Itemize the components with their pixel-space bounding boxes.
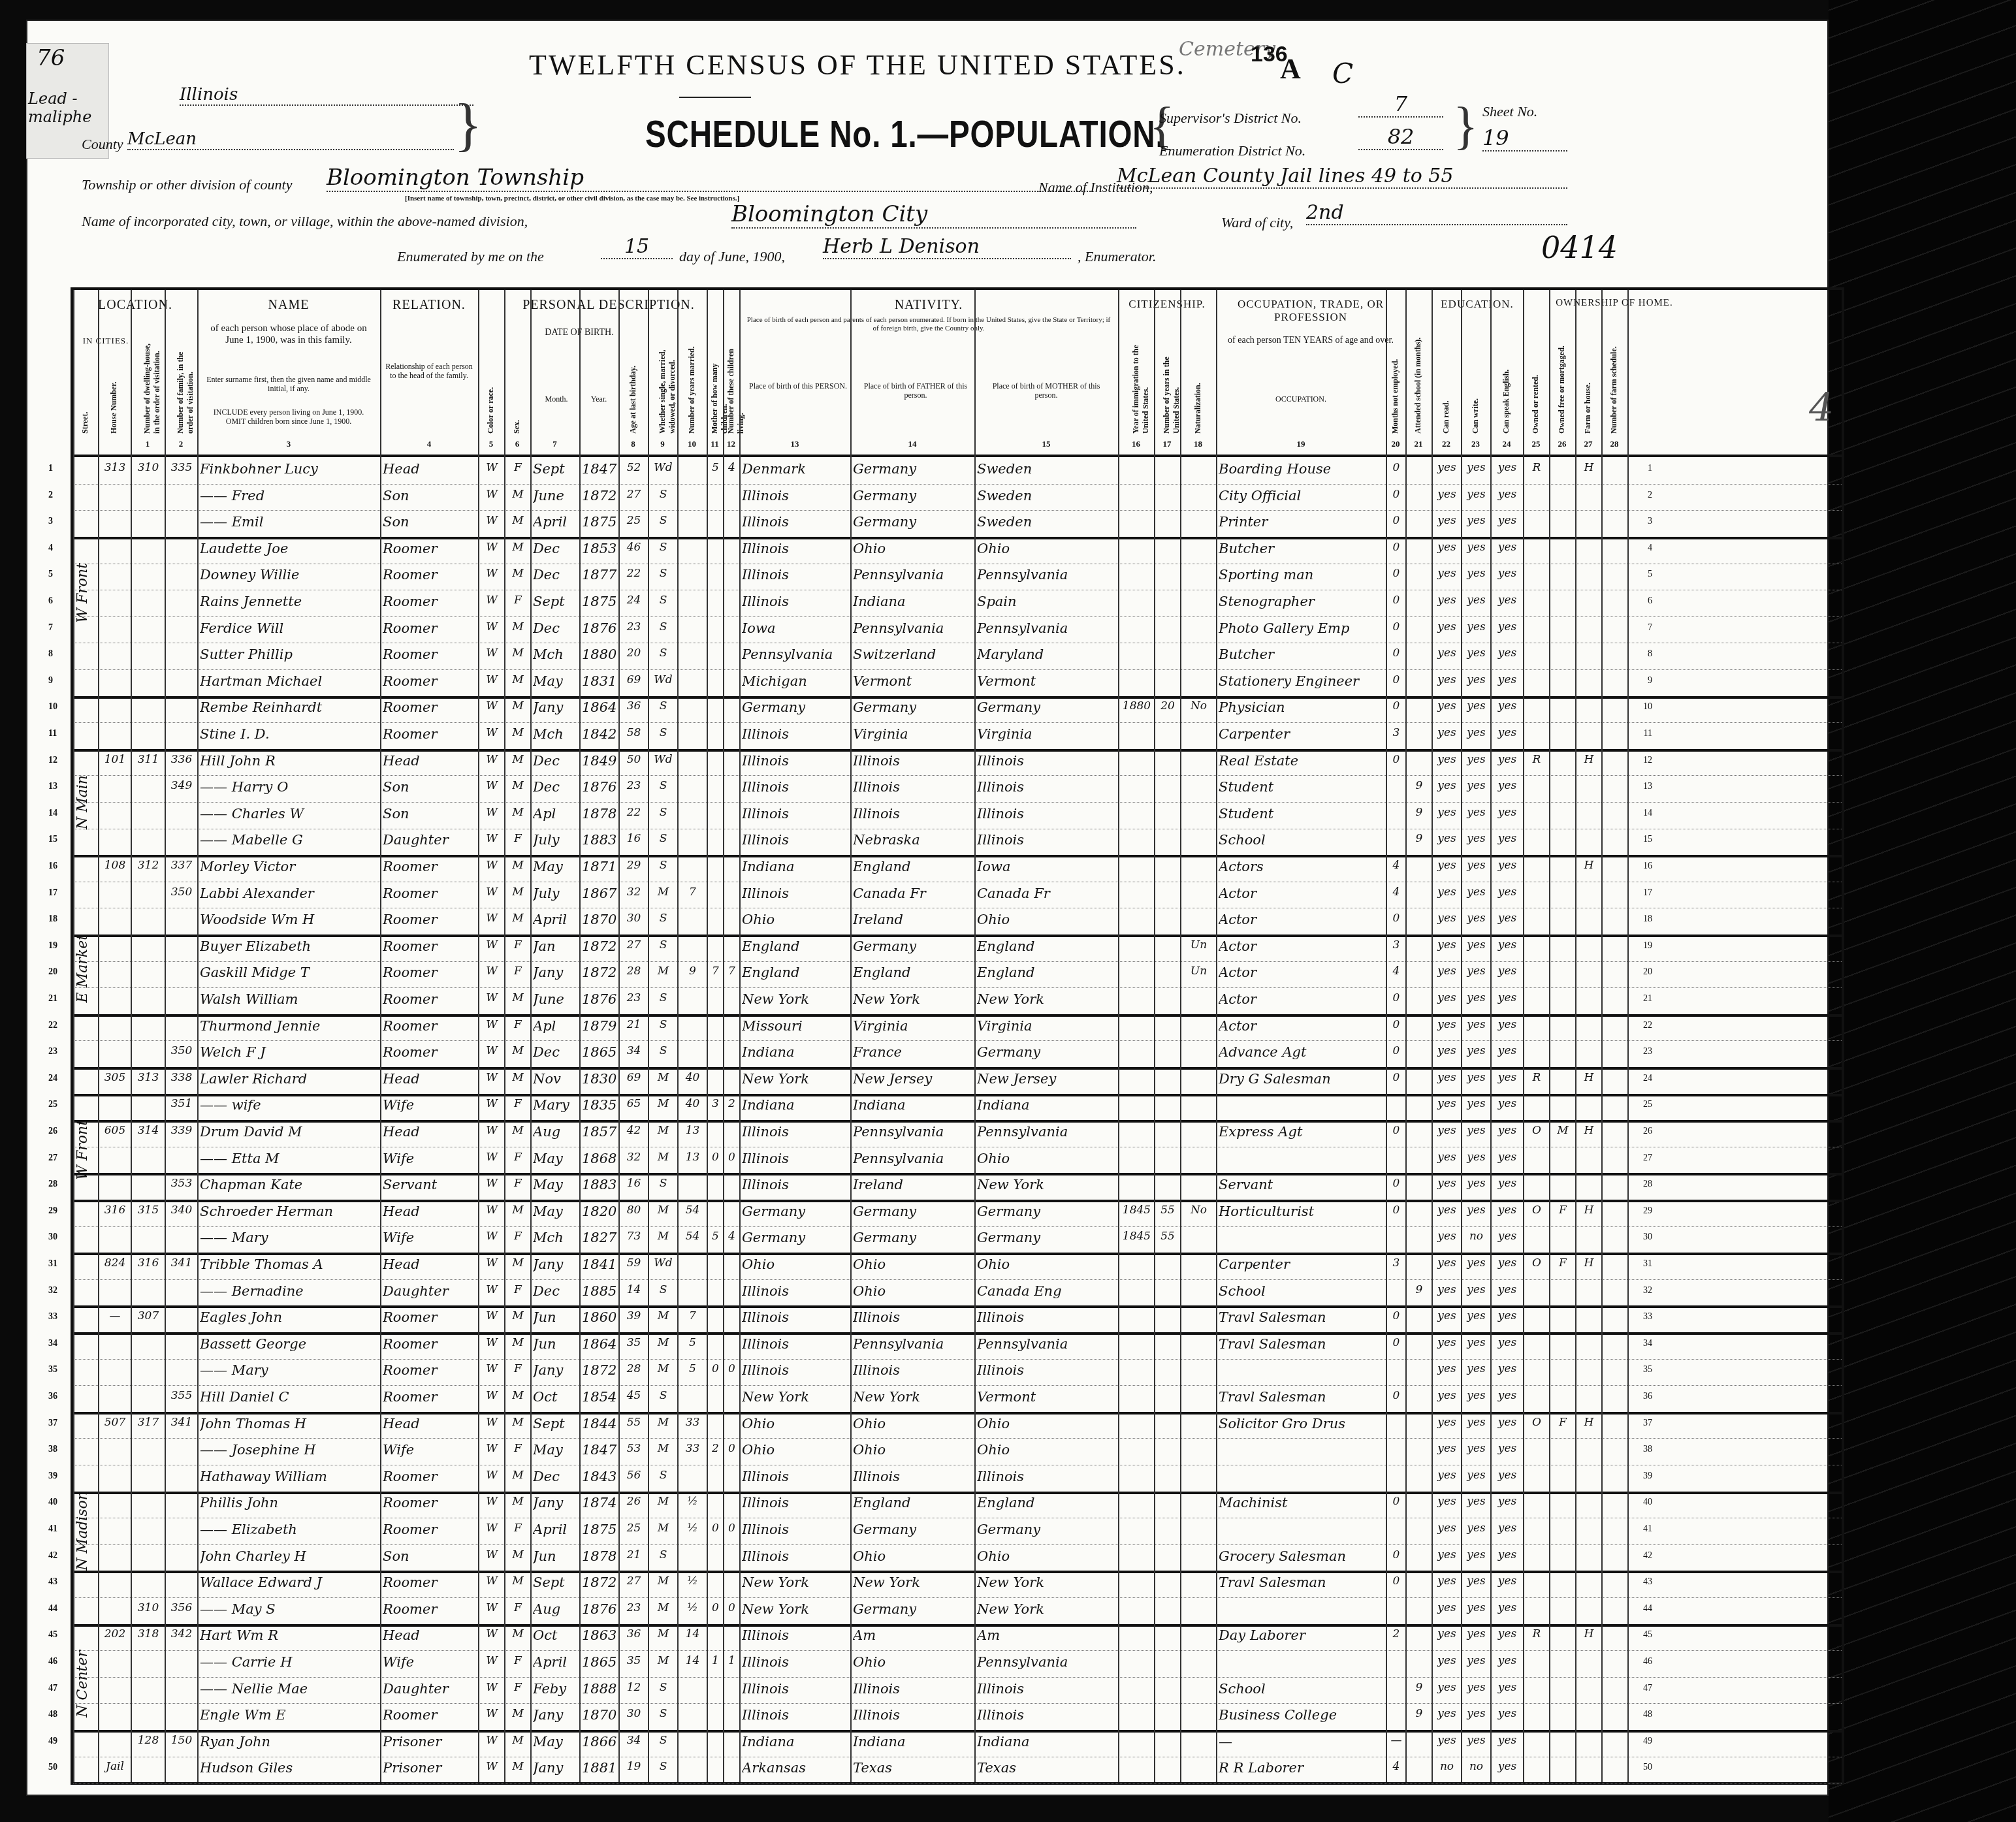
cell-bp-mother: New York	[977, 1601, 1117, 1617]
cell-marital: M	[650, 1416, 676, 1429]
cell-living: 0	[726, 1522, 738, 1535]
cell-month: April	[533, 1522, 578, 1537]
cell-sex: M	[507, 1071, 529, 1084]
header-birth-person: Place of birth of this PERSON.	[746, 381, 850, 391]
cell-bp-father: England	[853, 965, 973, 980]
cell-bp-father: Illinois	[853, 779, 973, 795]
cell-english: yes	[1493, 1071, 1522, 1084]
line-number: 44	[48, 1604, 57, 1614]
column-number: 23	[1461, 439, 1490, 449]
cell-unemp: 0	[1388, 699, 1404, 712]
cell-english: yes	[1493, 1151, 1522, 1164]
cell-family: 355	[167, 1389, 196, 1402]
cell-bp-mother: Illinois	[977, 1681, 1117, 1697]
cell-unemp: 4	[1388, 965, 1404, 978]
cell-occupation: Photo Gallery Emp	[1219, 620, 1384, 636]
cell-name: —— Nellie Mae	[200, 1681, 379, 1697]
cell-family: 337	[167, 859, 196, 872]
cell-dwelling: 310	[133, 1601, 163, 1614]
column-number: 14	[850, 439, 974, 449]
cell-english: yes	[1493, 832, 1522, 845]
column-rule	[850, 290, 852, 1782]
cell-marital: S	[650, 514, 676, 527]
cell-color: W	[481, 1151, 503, 1164]
cell-bp: Illinois	[742, 1707, 849, 1723]
column-rule	[1490, 290, 1492, 1782]
cell-color: W	[481, 779, 503, 792]
header-education: EDUCATION.	[1405, 298, 1549, 311]
cell-color: W	[481, 1707, 503, 1720]
cell-read: yes	[1434, 938, 1460, 951]
cell-month: May	[533, 1204, 578, 1219]
cell-family: 336	[167, 753, 196, 766]
cell-color: W	[481, 1548, 503, 1561]
cell-relation: Roomer	[383, 594, 477, 609]
cell-read: no	[1434, 1760, 1460, 1773]
cell-write: yes	[1464, 1151, 1489, 1164]
cell-marital: S	[650, 859, 676, 872]
cell-bp: Michigan	[742, 673, 849, 689]
header-unemp: Months not employed.	[1390, 336, 1400, 434]
line-number-right: 14	[1643, 808, 1652, 819]
column-rule	[131, 290, 132, 1782]
column-rule	[648, 290, 649, 1782]
document-title: TWELFTH CENSUS OF THE UNITED STATES.	[529, 48, 1186, 82]
cell-color: W	[481, 726, 503, 739]
cell-name: —— wife	[200, 1097, 379, 1113]
cell-sex: M	[507, 1574, 529, 1588]
cell-marital: S	[650, 1734, 676, 1747]
line-number: 20	[48, 967, 57, 978]
cell-bp: Illinois	[742, 806, 849, 822]
cell-write: yes	[1464, 1362, 1489, 1375]
cell-bp: Ohio	[742, 912, 849, 927]
census-sheet: 76 Lead - maliphe TWELFTH CENSUS OF THE …	[26, 20, 1829, 1796]
cell-month: May	[533, 1177, 578, 1192]
cell-relation: Wife	[383, 1151, 477, 1166]
cell-name: Eagles John	[200, 1309, 379, 1325]
cell-write: no	[1464, 1230, 1489, 1243]
cell-relation: Roomer	[383, 541, 477, 556]
cell-year: 1842	[582, 726, 617, 742]
cell-bp-father: France	[853, 1044, 973, 1060]
cell-family: 351	[167, 1097, 196, 1110]
cell-age: 42	[621, 1124, 647, 1137]
header-month: Month.	[534, 394, 579, 404]
cell-relation: Son	[383, 806, 477, 822]
cell-marital: S	[650, 832, 676, 845]
cell-bp-mother: Germany	[977, 1044, 1117, 1060]
header-year: Year.	[579, 394, 618, 404]
cell-bp-father: Texas	[853, 1760, 973, 1776]
cell-age: 53	[621, 1442, 647, 1455]
cell-relation: Daughter	[383, 1283, 477, 1299]
cell-marital: M	[650, 1230, 676, 1243]
cell-family: 339	[167, 1124, 196, 1137]
cell-occupation: R R Laborer	[1219, 1760, 1384, 1776]
cell-month: Aug	[533, 1124, 578, 1140]
cell-yrs-married: 7	[680, 1309, 705, 1322]
cell-marital: M	[650, 1309, 676, 1322]
column-number: 2	[165, 439, 197, 449]
cell-year: 1879	[582, 1018, 617, 1034]
line-number-right: 46	[1643, 1657, 1652, 1667]
supervisor-label: Supervisor's District No.	[1159, 110, 1302, 127]
cell-unemp: 0	[1388, 912, 1404, 925]
cell-bp-mother: Ohio	[977, 1442, 1117, 1458]
cell-bp-father: Pennsylvania	[853, 1336, 973, 1352]
cell-occupation: School	[1219, 1283, 1384, 1299]
cell-bp-father: Switzerland	[853, 647, 973, 662]
cell-age: 20	[621, 647, 647, 660]
township-label: Township or other division of county	[82, 176, 292, 193]
cell-color: W	[481, 1071, 503, 1084]
cell-yrs-married: 40	[680, 1071, 705, 1084]
cell-age: 29	[621, 859, 647, 872]
cell-english: yes	[1493, 1707, 1522, 1720]
cell-yrs-married: 14	[680, 1627, 705, 1640]
cell-bp-mother: Germany	[977, 1230, 1117, 1245]
cell-school: 9	[1408, 832, 1430, 845]
cell-year: 1875	[582, 514, 617, 530]
street-margin-note: N Main	[74, 775, 91, 829]
cell-year: 1820	[582, 1204, 617, 1219]
cell-mort: F	[1552, 1204, 1574, 1217]
cell-color: W	[481, 806, 503, 819]
cell-bp: Germany	[742, 699, 849, 715]
cell-unemp: 0	[1388, 1495, 1404, 1508]
cell-color: W	[481, 1204, 503, 1217]
cell-bp: Illinois	[742, 1177, 849, 1192]
cell-marital: Wd	[650, 1256, 676, 1270]
line-number: 23	[48, 1047, 57, 1057]
cell-sex: M	[507, 647, 529, 660]
cell-marital: S	[650, 1283, 676, 1296]
cell-english: yes	[1493, 567, 1522, 580]
cell-relation: Roomer	[383, 1044, 477, 1060]
cell-family: 350	[167, 886, 196, 899]
cell-write: yes	[1464, 1654, 1489, 1667]
cell-read: yes	[1434, 514, 1460, 527]
cell-unemp: 0	[1388, 1389, 1404, 1402]
township-instruction: [Insert name of township, town, precinct…	[405, 195, 739, 202]
cell-year: 1860	[582, 1309, 617, 1325]
cell-marital: S	[650, 488, 676, 501]
column-number: 6	[504, 439, 530, 449]
column-number: 13	[739, 439, 850, 449]
column-rule	[1627, 290, 1629, 1782]
cell-occupation: Advance Agt	[1219, 1044, 1384, 1060]
cell-bp: Illinois	[742, 541, 849, 556]
header-living: Number of these children living.	[726, 336, 746, 434]
cell-write: yes	[1464, 1442, 1489, 1455]
cell-name: Hartman Michael	[200, 673, 379, 689]
cell-age: 55	[621, 1416, 647, 1429]
cell-english: yes	[1493, 1416, 1522, 1429]
line-number: 29	[48, 1206, 57, 1217]
cell-read: yes	[1434, 1204, 1460, 1217]
cell-age: 23	[621, 779, 647, 792]
cell-sex: M	[507, 991, 529, 1004]
cell-name: —— Charles W	[200, 806, 379, 822]
cell-english: yes	[1493, 1654, 1522, 1667]
cell-yrs-married: ½	[680, 1522, 705, 1535]
line-number-right: 15	[1643, 835, 1652, 845]
cell-age: 36	[621, 699, 647, 712]
cell-marital: S	[650, 594, 676, 607]
cell-age: 45	[621, 1389, 647, 1402]
cell-unemp: 0	[1388, 647, 1404, 660]
cell-month: Jany	[533, 1256, 578, 1272]
column-number: 16	[1118, 439, 1154, 449]
cell-bp-father: Germany	[853, 514, 973, 530]
cell-yrs-married: ½	[680, 1495, 705, 1508]
line-number-right: 34	[1643, 1339, 1652, 1349]
line-number-right: 32	[1643, 1286, 1652, 1296]
state-value: Illinois	[180, 85, 473, 106]
cell-sex: M	[507, 912, 529, 925]
cell-color: W	[481, 1362, 503, 1375]
cell-read: yes	[1434, 699, 1460, 712]
cell-family: 341	[167, 1256, 196, 1270]
cell-bp-mother: Maryland	[977, 647, 1117, 662]
cell-color: W	[481, 567, 503, 580]
cell-own: O	[1526, 1256, 1548, 1270]
cell-unemp: 3	[1388, 1256, 1404, 1270]
cell-marital: S	[650, 1681, 676, 1694]
line-number-right: 41	[1643, 1524, 1652, 1535]
cell-yrs-married: 13	[680, 1124, 705, 1137]
column-number: 27	[1575, 439, 1601, 449]
cell-bp-mother: Am	[977, 1627, 1117, 1643]
cell-bp-mother: Sweden	[977, 514, 1117, 530]
cell-relation: Wife	[383, 1230, 477, 1245]
cell-month: April	[533, 1654, 578, 1670]
township-value: Bloomington Township	[327, 165, 1091, 192]
cell-family: 349	[167, 779, 196, 792]
line-number: 11	[48, 729, 57, 739]
cell-english: yes	[1493, 912, 1522, 925]
cell-name: Morley Victor	[200, 859, 379, 874]
cell-relation: Roomer	[383, 938, 477, 954]
cell-read: yes	[1434, 567, 1460, 580]
cell-write: yes	[1464, 1416, 1489, 1429]
cell-mother-of: 0	[709, 1362, 722, 1375]
header-yrs_married: Number of years married.	[687, 336, 697, 434]
cell-year: 1866	[582, 1734, 617, 1750]
line-number-right: 16	[1643, 861, 1652, 872]
cell-age: 30	[621, 1707, 647, 1720]
county-label: County	[82, 136, 123, 153]
cell-write: yes	[1464, 1707, 1489, 1720]
cell-english: yes	[1493, 1389, 1522, 1402]
cell-color: W	[481, 699, 503, 712]
cell-read: yes	[1434, 1124, 1460, 1137]
column-number: 5	[478, 439, 504, 449]
column-number: 12	[723, 439, 739, 449]
cell-bp-father: England	[853, 1495, 973, 1510]
cell-name: —— Mabelle G	[200, 832, 379, 848]
cell-read: yes	[1434, 1522, 1460, 1535]
cell-read: yes	[1434, 726, 1460, 739]
header-occupation-desc: of each person TEN YEARS of age and over…	[1223, 336, 1399, 347]
line-number-right: 8	[1648, 649, 1652, 660]
cell-english: yes	[1493, 1495, 1522, 1508]
line-number: 35	[48, 1365, 57, 1375]
cell-english: yes	[1493, 1601, 1522, 1614]
cell-occupation: Carpenter	[1219, 1256, 1384, 1272]
cell-bp: Illinois	[742, 1627, 849, 1643]
cell-year: 1868	[582, 1151, 617, 1166]
cell-age: 26	[621, 1495, 647, 1508]
line-number: 28	[48, 1179, 57, 1190]
cell-sex: F	[507, 1362, 529, 1375]
cell-bp-mother: Ohio	[977, 1548, 1117, 1564]
cell-sex: F	[507, 461, 529, 474]
column-number: 1	[131, 439, 165, 449]
cell-sex: M	[507, 726, 529, 739]
line-number: 16	[48, 861, 57, 872]
cell-sex: F	[507, 1151, 529, 1164]
cell-name: Rains Jennette	[200, 594, 379, 609]
cell-month: Dec	[533, 620, 578, 636]
cell-relation: Head	[383, 1256, 477, 1272]
cell-mother-of: 1	[709, 1654, 722, 1667]
cell-unemp: —	[1388, 1734, 1404, 1747]
cell-occupation: Actor	[1219, 938, 1384, 954]
column-number: 7	[530, 439, 579, 449]
cell-bp-mother: Virginia	[977, 726, 1117, 742]
cell-year: 1847	[582, 461, 617, 477]
column-number: 17	[1154, 439, 1180, 449]
cell-unemp: 0	[1388, 1204, 1404, 1217]
line-number: 46	[48, 1657, 57, 1667]
cell-house: 313	[101, 461, 129, 474]
cell-bp-mother: Pennsylvania	[977, 620, 1117, 636]
column-rule	[1461, 290, 1462, 1782]
cell-bp-mother: Germany	[977, 1204, 1117, 1219]
cell-bp-father: Illinois	[853, 1309, 973, 1325]
cell-sex: F	[507, 594, 529, 607]
cell-bp-mother: Iowa	[977, 859, 1117, 874]
cell-english: yes	[1493, 647, 1522, 660]
cell-age: 27	[621, 488, 647, 501]
cell-house: 202	[101, 1627, 129, 1640]
cell-bp-father: Ireland	[853, 912, 973, 927]
cell-month: Jun	[533, 1309, 578, 1325]
header-street: Street.	[80, 336, 90, 434]
cell-color: W	[481, 1336, 503, 1349]
cell-sex: M	[507, 1416, 529, 1429]
cell-write: yes	[1464, 1469, 1489, 1482]
cell-name: Hudson Giles	[200, 1760, 379, 1776]
line-number-right: 23	[1643, 1047, 1652, 1057]
cell-dwelling: 314	[133, 1124, 163, 1137]
cell-write: yes	[1464, 541, 1489, 554]
header-family: Number of family, in the order of visita…	[176, 336, 195, 434]
cell-relation: Roomer	[383, 965, 477, 980]
cell-relation: Roomer	[383, 1389, 477, 1405]
cell-bp-mother: Illinois	[977, 753, 1117, 769]
cell-age: 25	[621, 514, 647, 527]
column-rule	[1118, 290, 1119, 1782]
cell-color: W	[481, 1627, 503, 1640]
cell-relation: Roomer	[383, 567, 477, 583]
cell-write: yes	[1464, 620, 1489, 633]
line-number: 48	[48, 1710, 57, 1720]
cell-marital: S	[650, 699, 676, 712]
cell-write: yes	[1464, 779, 1489, 792]
line-number-right: 35	[1643, 1365, 1652, 1375]
cell-bp: Illinois	[742, 1469, 849, 1484]
cell-unemp: 0	[1388, 1548, 1404, 1561]
cell-school: 9	[1408, 779, 1430, 792]
cell-mort: F	[1552, 1256, 1574, 1270]
column-rule	[723, 290, 724, 1782]
header-name-instruction-1: Enter surname first, then the given name…	[204, 375, 374, 394]
cell-age: 24	[621, 594, 647, 607]
cell-month: April	[533, 514, 578, 530]
cell-month: June	[533, 991, 578, 1007]
cell-year: 1881	[582, 1760, 617, 1776]
sheet-value: 19	[1482, 125, 1567, 152]
cell-name: Wallace Edward J	[200, 1574, 379, 1590]
cell-read: yes	[1434, 912, 1460, 925]
header-own: Owned or rented.	[1531, 336, 1541, 434]
cell-month: Sept	[533, 1574, 578, 1590]
cell-age: 65	[621, 1097, 647, 1110]
cell-relation: Wife	[383, 1654, 477, 1670]
cell-month: Mary	[533, 1097, 578, 1113]
cell-unemp: 0	[1388, 1177, 1404, 1190]
cell-year: 1885	[582, 1283, 617, 1299]
cell-bp: Illinois	[742, 726, 849, 742]
header-immig: Year of immigration to the United States…	[1131, 336, 1151, 434]
cell-bp: Iowa	[742, 620, 849, 636]
cell-marital: M	[650, 1362, 676, 1375]
cell-living: 1	[726, 1654, 738, 1667]
cell-write: yes	[1464, 1601, 1489, 1614]
cell-mother-of: 0	[709, 1151, 722, 1164]
line-number: 5	[48, 569, 53, 580]
cell-write: yes	[1464, 1256, 1489, 1270]
cell-bp-father: Am	[853, 1627, 973, 1643]
line-number-right: 33	[1643, 1312, 1652, 1322]
cell-month: Dec	[533, 1283, 578, 1299]
cell-year: 1883	[582, 832, 617, 848]
cell-relation: Roomer	[383, 1707, 477, 1723]
cell-bp-mother: Illinois	[977, 1469, 1117, 1484]
cell-dwelling: 313	[133, 1071, 163, 1084]
line-number-right: 40	[1643, 1497, 1652, 1508]
cell-bp: Illinois	[742, 1151, 849, 1166]
line-number: 50	[48, 1763, 57, 1773]
line-number: 10	[48, 702, 57, 712]
cell-own: R	[1526, 1627, 1548, 1640]
cell-yrs-married: 7	[680, 886, 705, 899]
cell-marital: S	[650, 1548, 676, 1561]
column-rule	[380, 290, 381, 1782]
column-rule	[1601, 290, 1603, 1782]
cell-month: Mch	[533, 1230, 578, 1245]
cell-yrs-married: 33	[680, 1442, 705, 1455]
supervisor-value: 7	[1358, 91, 1443, 118]
cell-sex: M	[507, 1044, 529, 1057]
header-personal: PERSONAL DESCRIPTION.	[478, 298, 739, 313]
cell-bp-father: Indiana	[853, 1734, 973, 1750]
cell-year: 1844	[582, 1416, 617, 1431]
line-number: 36	[48, 1392, 57, 1402]
